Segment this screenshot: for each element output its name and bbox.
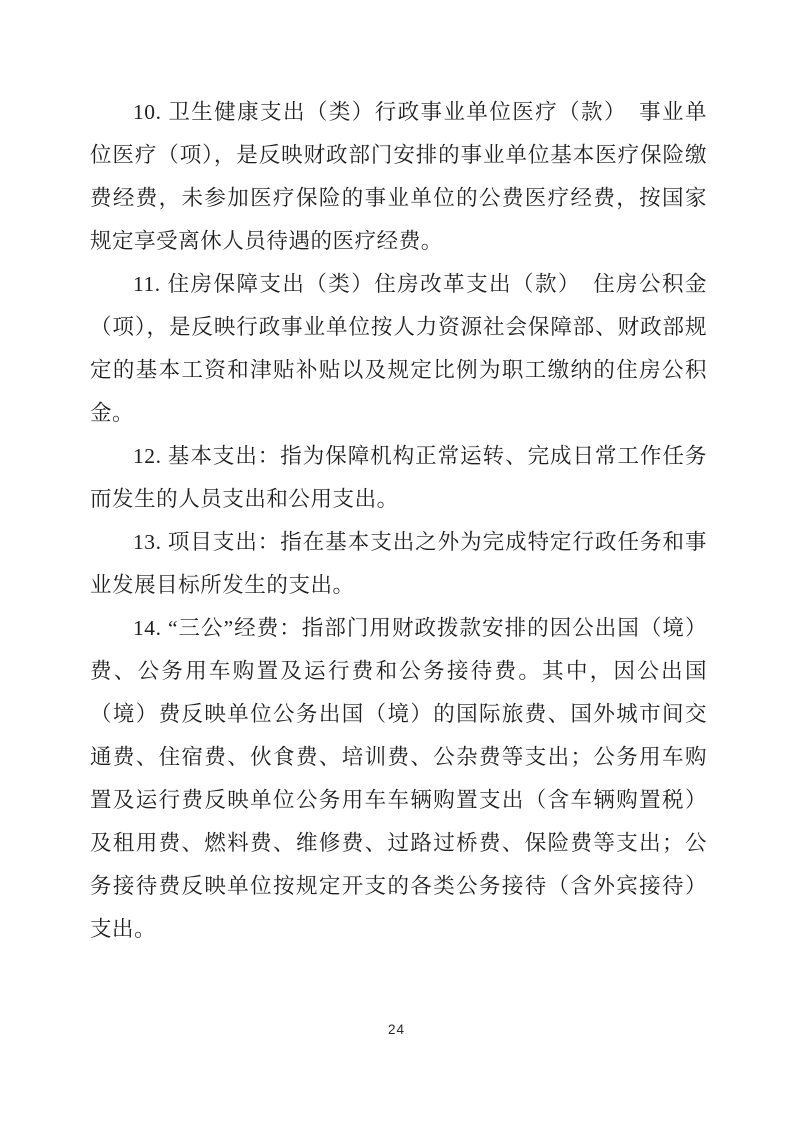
paragraph-item-14: 14. “三公”经费：指部门用财政拨款安排的因公出国（境）费、公务用车购置及运行… — [90, 607, 707, 951]
paragraph-item-10: 10. 卫生健康支出（类）行政事业单位医疗（款） 事业单位医疗（项），是反映财政… — [90, 91, 707, 263]
document-page: 10. 卫生健康支出（类）行政事业单位医疗（款） 事业单位医疗（项），是反映财政… — [0, 0, 793, 1122]
paragraph-item-12: 12. 基本支出：指为保障机构正常运转、完成日常工作任务而发生的人员支出和公用支… — [90, 435, 707, 521]
document-body: 10. 卫生健康支出（类）行政事业单位医疗（款） 事业单位医疗（项），是反映财政… — [90, 91, 707, 951]
paragraph-item-13: 13. 项目支出：指在基本支出之外为完成特定行政任务和事业发展目标所发生的支出。 — [90, 521, 707, 607]
paragraph-item-11: 11. 住房保障支出（类）住房改革支出（款） 住房公积金（项），是反映行政事业单… — [90, 263, 707, 435]
page-number: 24 — [0, 1022, 793, 1037]
